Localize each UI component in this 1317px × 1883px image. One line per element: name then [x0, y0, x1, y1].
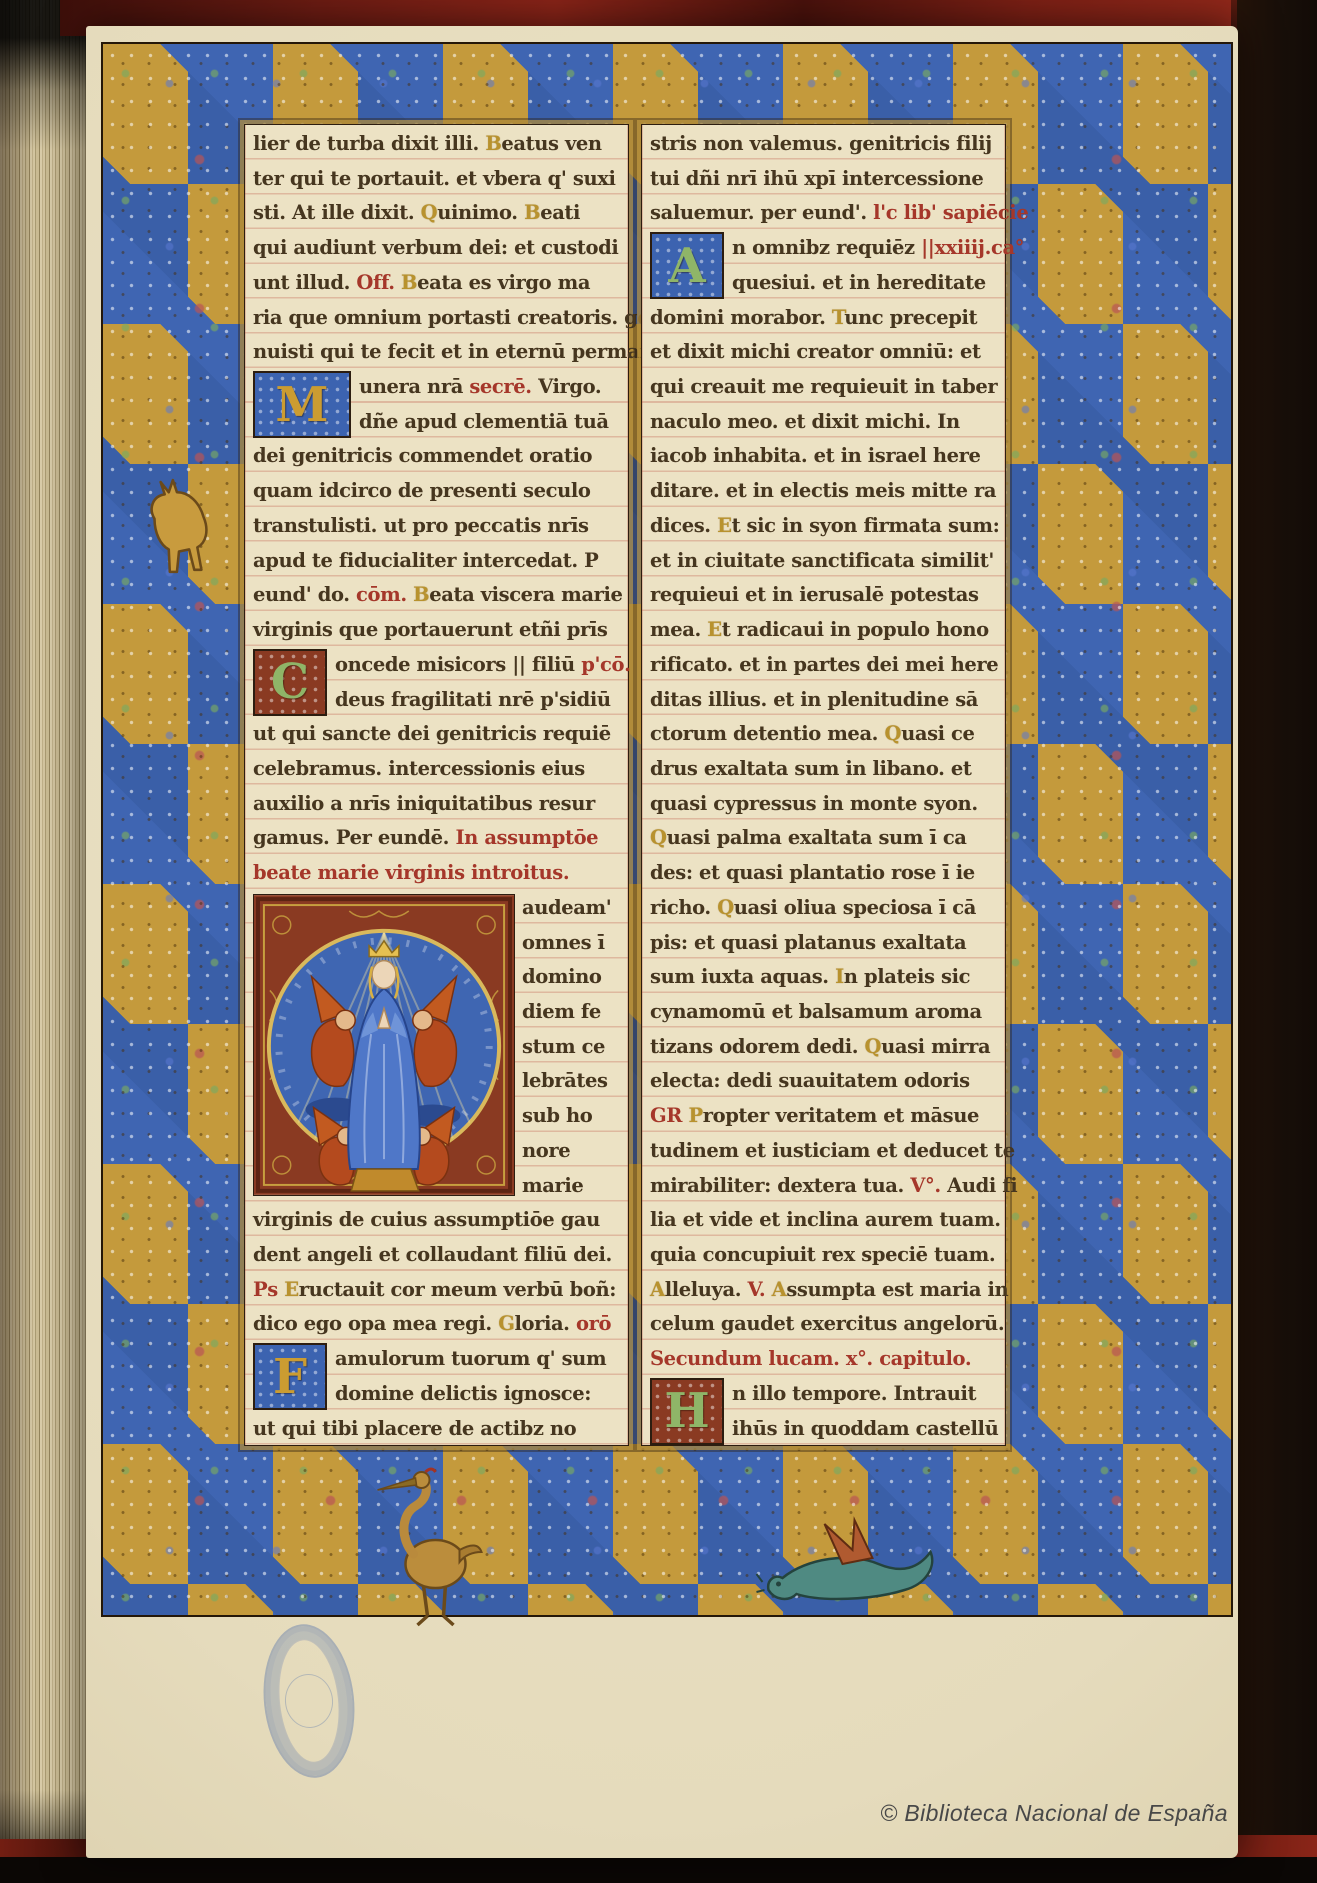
manuscript-text-line: pis: et quasi platanus exaltata [650, 926, 1001, 961]
manuscript-text-line: lier de turba dixit illi. Beatus ven [253, 127, 624, 162]
assumption-miniature-initial-g [253, 894, 515, 1196]
manuscript-text-line: Quasi palma exaltata sum ī ca [650, 821, 1001, 856]
manuscript-text-line: celebramus. intercessionis eius [253, 752, 624, 787]
manuscript-text-line: ihūs in quoddam castellū [732, 1412, 1001, 1447]
manuscript-text-line: audeam' [522, 891, 624, 926]
manuscript-text-line: ria que omnium portasti creatoris. ge [253, 301, 624, 336]
manuscript-text-line: stum ce [522, 1030, 624, 1065]
illuminated-initial-f: F [253, 1343, 327, 1410]
manuscript-text-line: apud te fiducialiter intercedat. P [253, 544, 624, 579]
illuminated-initial-c: C [253, 649, 327, 716]
manuscript-text-line: celum gaudet exercitus angelorū. [650, 1307, 1001, 1342]
manuscript-text-line: sti. At ille dixit. Quinimo. Beati [253, 196, 624, 231]
manuscript-text-line: requieui et in ierusalē potestas [650, 578, 1001, 613]
manuscript-text-line: tui dñi nrī ihū xpī intercessione [650, 162, 1001, 197]
manuscript-text-line: dñe apud clementiā tuā [359, 405, 624, 440]
crane-drollery-illustration [369, 1466, 485, 1638]
manuscript-text-line: dei genitricis commendet oratio [253, 439, 624, 474]
manuscript-text-line: rificato. et in partes dei mei here [650, 648, 1001, 683]
manuscript-text-line: electa: dedi suauitatem odoris [650, 1064, 1001, 1099]
manuscript-text-line: virginis que portauerunt etñi prīs [253, 613, 624, 648]
manuscript-text-line: n illo tempore. Intrauit [732, 1377, 1001, 1412]
manuscript-text-line: et dixit michi creator omniū: et [650, 335, 1001, 370]
copyright-watermark: © Biblioteca Nacional de España [880, 1800, 1228, 1827]
manuscript-text-line: dices. Et sic in syon firmata sum: [650, 509, 1001, 544]
manuscript-text-line: nore [522, 1134, 624, 1169]
manuscript-text-line: sum iuxta aquas. In plateis sic [650, 960, 1001, 995]
manuscript-text-line: virginis de cuius assumptiōe gau [253, 1203, 624, 1238]
manuscript-text-line: mirabiliter: dextera tua. V°. Audi fi [650, 1169, 1001, 1204]
manuscript-text-line: tizans odorem dedi. Quasi mirra [650, 1030, 1001, 1065]
crane-icon [369, 1466, 485, 1638]
manuscript-text-line: unera nrā secrē. Virgo. [359, 370, 624, 405]
illuminated-initial-m: M [253, 371, 351, 438]
manuscript-text-line: n omnibz requiēz ||xxiiij.ca° [732, 231, 1001, 266]
manuscript-text-line: unt illud. Off. Beata es virgo ma [253, 266, 624, 301]
illuminated-initial-a: A [650, 232, 724, 299]
manuscript-text-line: oncede misicors || filiū p'cō. [335, 648, 624, 683]
illuminated-initial-h: H [650, 1378, 724, 1445]
manuscript-text-line: quesiui. et in hereditate [732, 266, 1001, 301]
manuscript-text-line: tudinem et iusticiam et deducet te [650, 1134, 1001, 1169]
manuscript-text-line: quia concupiuit rex speciē tuam. [650, 1238, 1001, 1273]
manuscript-text-line: eund' do. cōm. Beata viscera marie [253, 578, 624, 613]
manuscript-text-line: domini morabor. Tunc precepit [650, 301, 1001, 336]
manuscript-text-line: saluemur. per eund'. l'c lib' sapiēcie [650, 196, 1001, 231]
manuscript-text-line: transtulisti. ut pro peccatis nrīs [253, 509, 624, 544]
manuscript-text-line: quam idcirco de presenti seculo [253, 474, 624, 509]
manuscript-text-line: drus exaltata sum in libano. et [650, 752, 1001, 787]
manuscript-text-line: ctorum detentio mea. Quasi ce [650, 717, 1001, 752]
photo-backdrop-right [1237, 0, 1317, 1883]
manuscript-text-line: dico ego opa mea regi. Gloria. orō [253, 1307, 624, 1342]
manuscript-text-line: omnes ī [522, 926, 624, 961]
dragon-drollery-illustration [754, 1512, 940, 1624]
manuscript-text-line: quasi cypressus in monte syon. [650, 787, 1001, 822]
manuscript-text-line: ut qui tibi placere de actibz no [253, 1412, 624, 1447]
manuscript-text-line: cynamomū et balsamum aroma [650, 995, 1001, 1030]
right-text-column: stris non valemus. genitricis filijtui d… [641, 124, 1006, 1446]
manuscript-text-line: qui audiunt verbum dei: et custodi [253, 231, 624, 266]
manuscript-text-line: des: et quasi plantatio rose ī ie [650, 856, 1001, 891]
manuscript-text-line: Ps Eructauit cor meum verbū boñ: [253, 1273, 624, 1308]
manuscript-text-line: dent angeli et collaudant filiū dei. [253, 1238, 624, 1273]
manuscript-text-line: et in ciuitate sanctificata similit' [650, 544, 1001, 579]
manuscript-text-line: ditare. et in electis meis mitte ra [650, 474, 1001, 509]
manuscript-text-line: amulorum tuorum q' sum [335, 1342, 624, 1377]
photo-backdrop-bottom [0, 1857, 1317, 1883]
manuscript-text-line: lebrātes [522, 1064, 624, 1099]
manuscript-text-line: ut qui sancte dei genitricis requiē [253, 717, 624, 752]
manuscript-text-line: qui creauit me requieuit in taber [650, 370, 1001, 405]
manuscript-text-line: Alleluya. V. Assumpta est maria in [650, 1273, 1001, 1308]
stag-icon [138, 478, 222, 580]
manuscript-text-line: marie [522, 1169, 624, 1204]
manuscript-text-line: ter qui te portauit. et vbera q' suxi [253, 162, 624, 197]
manuscript-text-line: ditas illius. et in plenitudine sā [650, 683, 1001, 718]
manuscript-text-line: naculo meo. et dixit michi. In [650, 405, 1001, 440]
manuscript-text-line: domine delictis ignosce: [335, 1377, 624, 1412]
library-stamp [256, 1620, 362, 1783]
book-page-edges [0, 0, 86, 1883]
manuscript-text-line: Secundum lucam. x°. capitulo. [650, 1342, 1001, 1377]
manuscript-text-line: deus fragilitati nrē p'sidiū [335, 683, 624, 718]
manuscript-text-line: mea. Et radicaui in populo hono [650, 613, 1001, 648]
manuscript-text-line: domino [522, 960, 624, 995]
manuscript-text-line: gamus. Per eundē. In assumptōe [253, 821, 624, 856]
manuscript-text-line: beate marie virginis introitus. [253, 856, 624, 891]
left-text-column: lier de turba dixit illi. Beatus venter … [244, 124, 629, 1446]
manuscript-text-line: sub ho [522, 1099, 624, 1134]
manuscript-page: lier de turba dixit illi. Beatus venter … [86, 26, 1238, 1858]
manuscript-text-line: iacob inhabita. et in israel here [650, 439, 1001, 474]
manuscript-text-line: richo. Quasi oliua speciosa ī cā [650, 891, 1001, 926]
manuscript-text-line: diem fe [522, 995, 624, 1030]
manuscript-text-line: GR Propter veritatem et māsue [650, 1099, 1001, 1134]
manuscript-text-line: auxilio a nrīs iniquitatibus resur [253, 787, 624, 822]
stag-drollery-illustration [138, 478, 222, 580]
manuscript-text-line: stris non valemus. genitricis filij [650, 127, 1001, 162]
dragon-icon [754, 1512, 940, 1624]
manuscript-text-line: nuisti qui te fecit et in eternū permanē… [253, 335, 624, 370]
manuscript-text-line: lia et vide et inclina aurem tuam. [650, 1203, 1001, 1238]
